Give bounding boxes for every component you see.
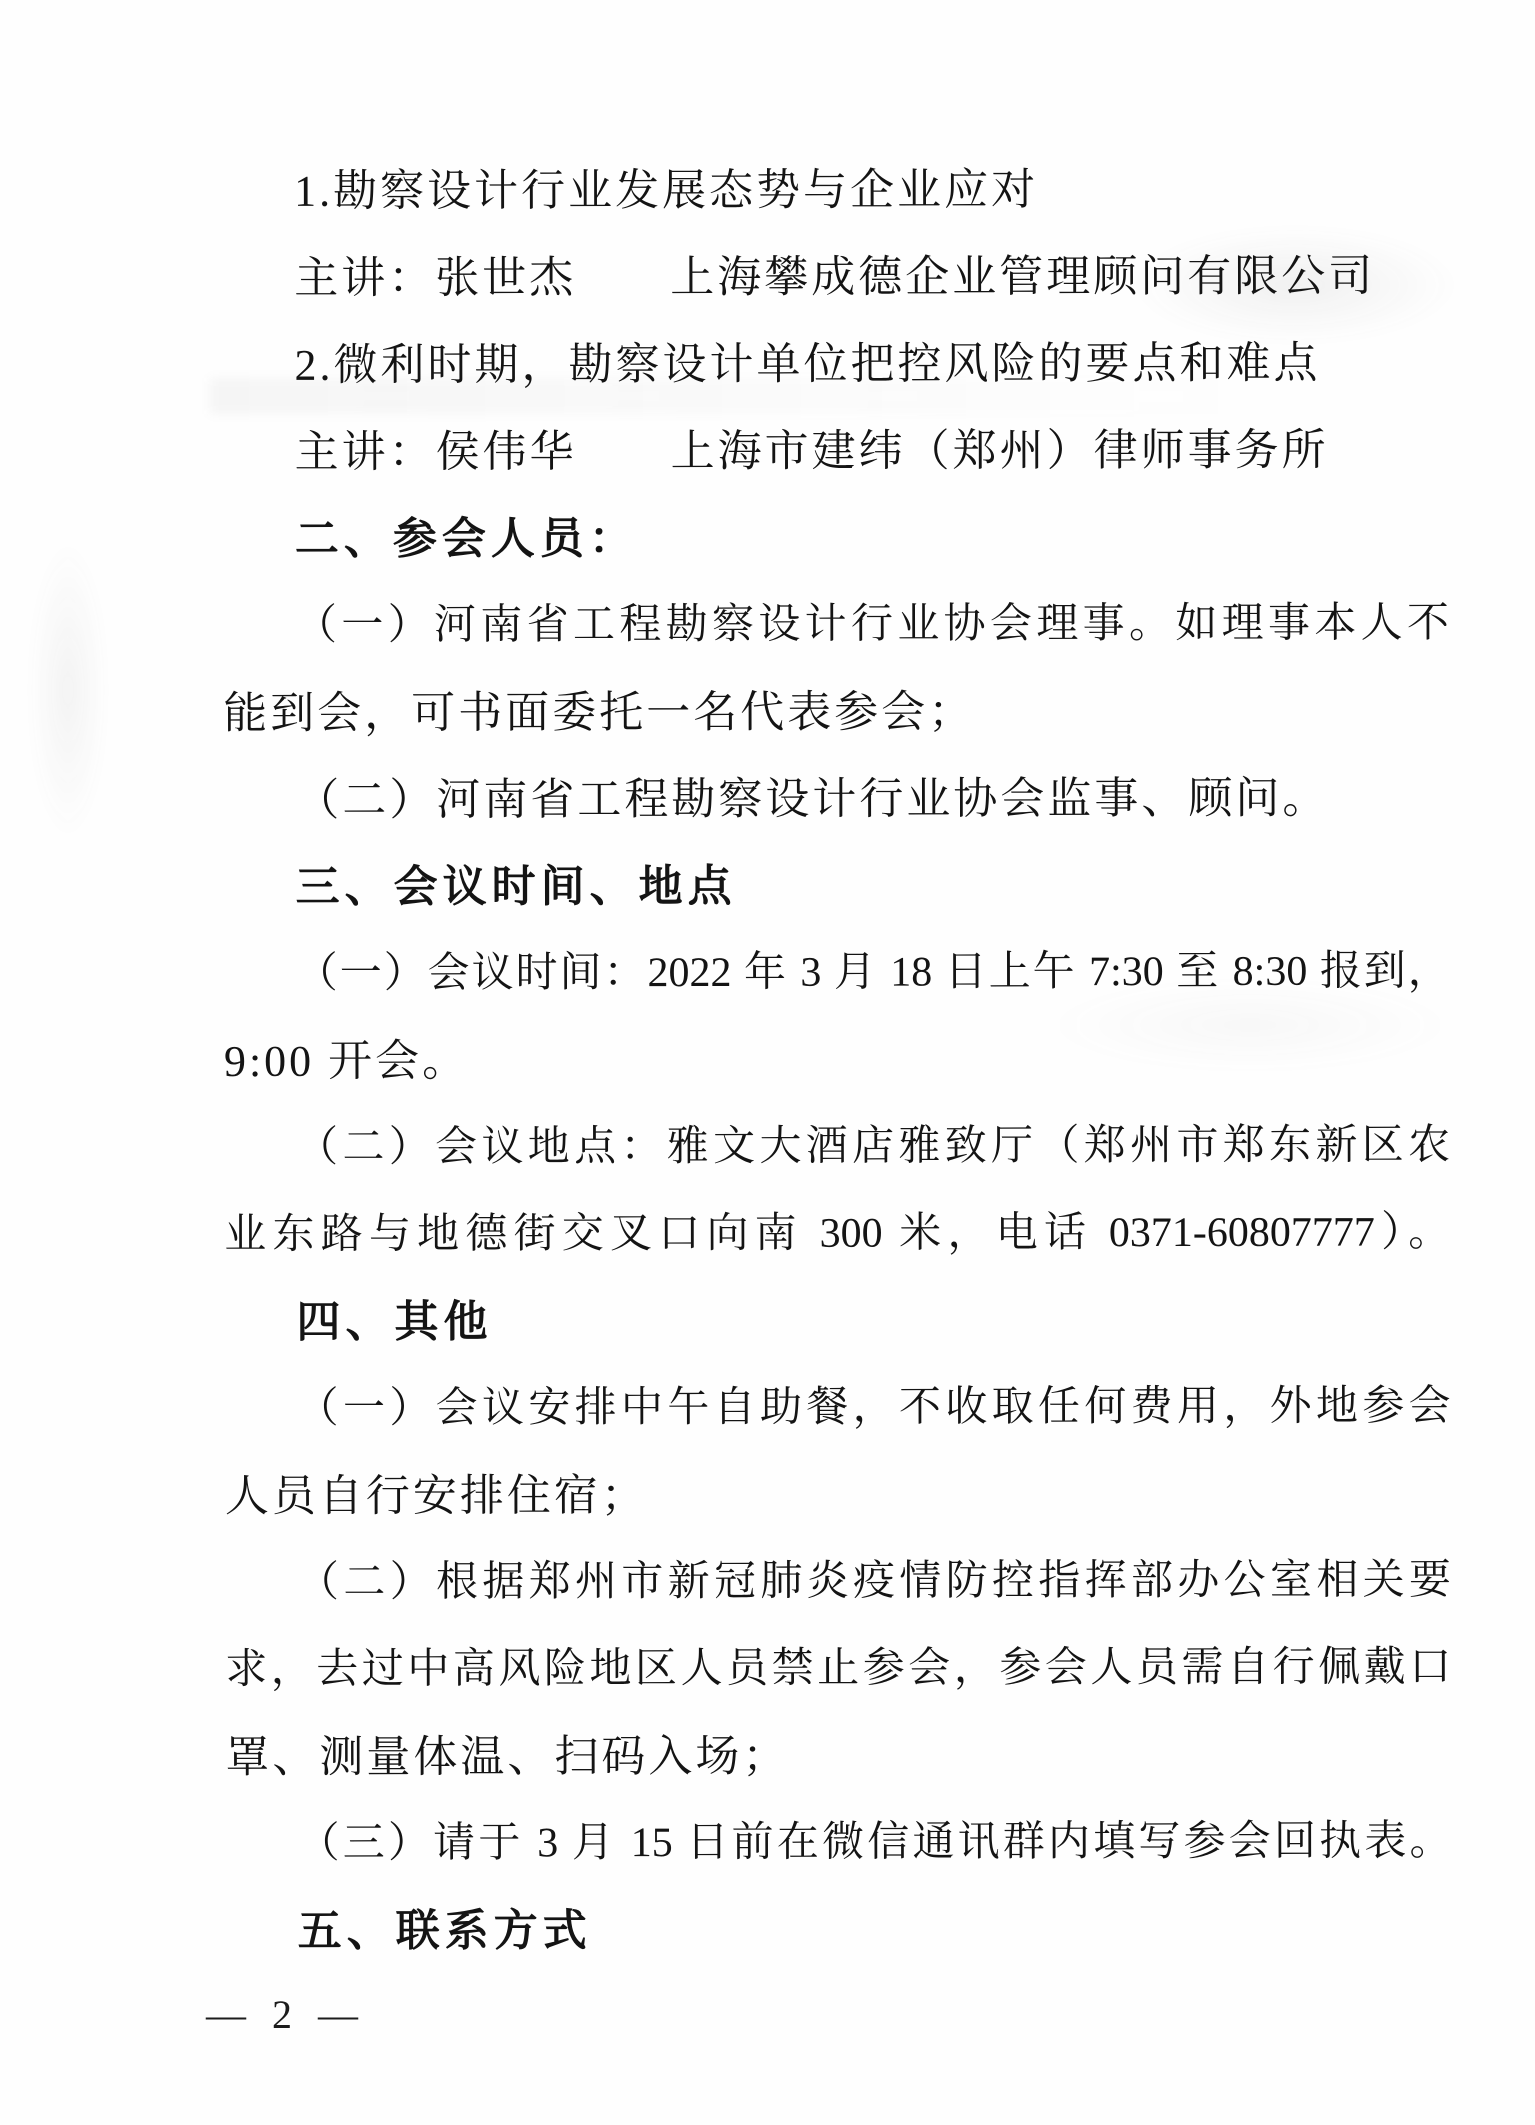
paragraph-meeting-time-line-1: （一）会议时间：2022 年 3 月 18 日上午 7:30 至 8:30 报到… [224,928,1450,1018]
paragraph-participants-2: （二）河南省工程勘察设计行业协会监事、顾问。 [223,754,1449,844]
agenda-topic-1: 1.勘察设计行业发展态势与企业应对 [222,145,1448,235]
paragraph-other-1-line-2: 人员自行安排住宿； [225,1450,1451,1540]
paragraph-participants-1-line-1: （一）河南省工程勘察设计行业协会理事。如理事本人不 [223,580,1449,670]
paragraph-participants-1-line-2: 能到会，可书面委托一名代表参会； [223,667,1449,757]
document-page: 1.勘察设计行业发展态势与企业应对 主讲：张世杰 上海攀成德企业管理顾问有限公司… [0,0,1535,2125]
section-heading-time-location: 三、会议时间、地点 [223,841,1449,931]
page-number: — 2 — [206,1985,366,2045]
speaker-line-2: 主讲：侯伟华 上海市建纬（郑州）律师事务所 [223,406,1449,496]
paragraph-meeting-time-line-2: 9:00 开会。 [224,1015,1450,1105]
agenda-topic-2: 2.微利时期，勘察设计单位把控风险的要点和难点 [222,319,1448,409]
paragraph-other-1-line-1: （一）会议安排中午自助餐，不收取任何费用，外地参会 [225,1363,1451,1453]
scan-smudge-left-edge [28,540,108,840]
paragraph-other-3: （三）请于 3 月 15 日前在微信通讯群内填写参会回执表。 [225,1798,1451,1888]
section-heading-contact: 五、联系方式 [226,1885,1452,1975]
section-heading-participants: 二、参会人员： [223,493,1449,583]
section-heading-other: 四、其他 [224,1276,1450,1366]
paragraph-other-2-line-2: 求，去过中高风险地区人员禁止参会，参会人员需自行佩戴口 [225,1624,1451,1714]
paragraph-other-2-line-1: （二）根据郑州市新冠肺炎疫情防控指挥部办公室相关要 [225,1537,1451,1627]
paragraph-meeting-location-line-2: 业东路与地德街交叉口向南 300 米，电话 0371-60807777）。 [224,1189,1450,1279]
paragraph-meeting-location-line-1: （二）会议地点：雅文大酒店雅致厅（郑州市郑东新区农 [224,1102,1450,1192]
paragraph-other-2-line-3: 罩、测量体温、扫码入场； [225,1711,1451,1801]
speaker-line-1: 主讲：张世杰 上海攀成德企业管理顾问有限公司 [222,232,1448,322]
document-body: 1.勘察设计行业发展态势与企业应对 主讲：张世杰 上海攀成德企业管理顾问有限公司… [222,145,1452,1975]
